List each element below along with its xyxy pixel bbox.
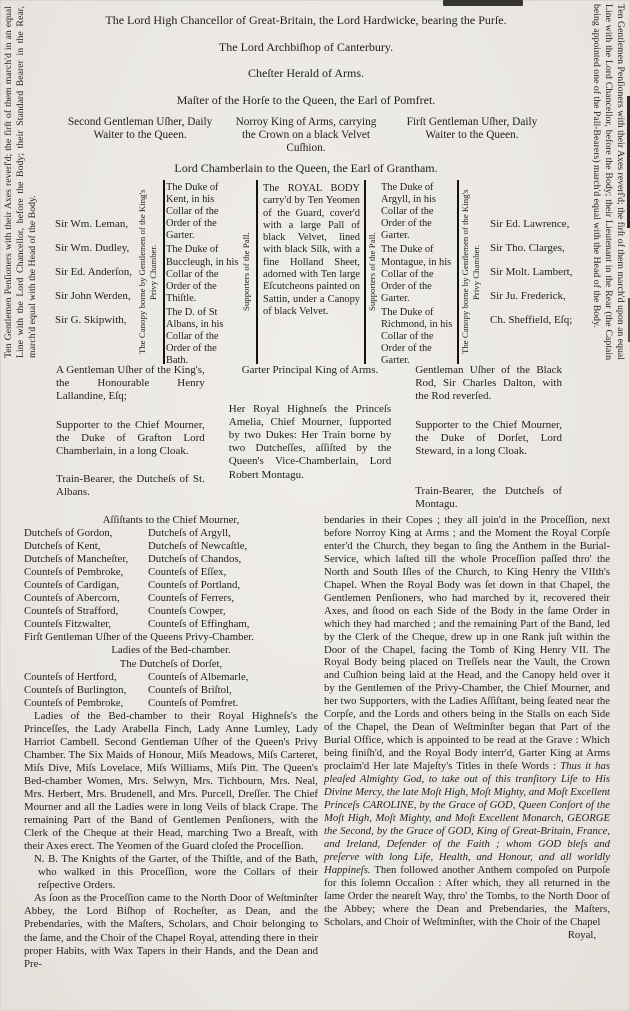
ladies-row: Counteſs of Hertford,Counteſs of Albemar… [24, 671, 318, 684]
assistant-name: Counteſs Cowper, [148, 605, 318, 618]
mourner-center-column: Garter Principal King of Arms. Her Royal… [229, 364, 391, 511]
pensioners-left-list: Sir Wm. Leman, Sir Wm. Dudley, Sir Ed. A… [55, 180, 137, 364]
lady-name: Counteſs of Burlington, [24, 684, 148, 697]
lady-name: Counteſs of Hertford, [24, 671, 148, 684]
assistant-name: Counteſs of Ferrers, [148, 592, 318, 605]
assistant-name: Counteſs of Cardigan, [24, 579, 148, 592]
assistant-name: Counteſs of Abercorn, [24, 592, 148, 605]
list-item: Sir G. Skipwith, [55, 314, 137, 326]
assistant-name: Dutcheſs of Chandos, [148, 553, 318, 566]
lady-name: Counteſs of Pomfret. [148, 697, 318, 710]
list-item: Sir Ed. Anderſon, [55, 266, 137, 278]
assistant-name: Dutcheſs of Newcaſtle, [148, 540, 318, 553]
train-bearer-montagu: Train-Bearer, the Dutcheſs of Montagu. [415, 485, 562, 511]
gentleman-usher-kings: A Gentleman Uſher of the King's, the Hon… [56, 364, 205, 403]
assistant-name: Dutcheſs of Kent, [24, 540, 148, 553]
assistant-name: Counteſs of Effingham, [148, 618, 318, 631]
body-left-column: Aſſiſtants to the Chief Mourner, Dutcheſ… [24, 514, 318, 971]
body-columns: Aſſiſtants to the Chief Mourner, Dutcheſ… [24, 514, 610, 971]
first-usher-line: Firſt Gentleman Uſher of the Queens Priv… [24, 631, 318, 644]
assistant-name: Counteſs of Strafford, [24, 605, 148, 618]
line-chester-herald: Cheſter Herald of Arms. [62, 66, 550, 80]
lady-name: Counteſs of Briſtol, [148, 684, 318, 697]
assistant-name: Counteſs of Pembroke, [24, 566, 148, 579]
assistant-name: Dutcheſs of Argyll, [148, 527, 318, 540]
proclamation-italic: Thus it has pleaſed Almighty God, to tak… [324, 760, 610, 876]
royal-catchword: Royal, [324, 929, 610, 942]
list-item: Sir Molt. Lambert, [490, 266, 580, 278]
duke-entry: The Duke of Argyll, in his Collar of the… [381, 182, 456, 242]
princess-amelia-chief-mourner: Her Royal Highneſs the Princeſs Amelia, … [229, 403, 391, 482]
ladies-paragraph: Ladies of the Bed-chamber to their Royal… [24, 710, 318, 854]
list-item: Sir John Werden, [55, 290, 137, 302]
assistants-row: Dutcheſs of Kent,Dutcheſs of Newcaſtle, [24, 540, 318, 553]
ladies-row: Counteſs of Burlington,Counteſs of Briſt… [24, 684, 318, 697]
assistants-row: Dutcheſs of Mancheſter,Dutcheſs of Chand… [24, 553, 318, 566]
norroy-king-of-arms: Norroy King of Arms, carrying the Crown … [228, 116, 384, 155]
pall-supporters-left: The Duke of Kent, in his Collar of the O… [166, 180, 241, 364]
line-lord-chancellor: The Lord High Chancellor of Great-Britai… [62, 13, 550, 27]
vertical-rule [163, 180, 165, 364]
assistants-row: Counteſs of Cardigan,Counteſs of Portlan… [24, 579, 318, 592]
duke-entry: The Duke of Kent, in his Collar of the O… [166, 182, 241, 242]
list-item: Sir Wm. Dudley, [55, 242, 137, 254]
nb-paragraph: N. B. The Knights of the Garter, of the … [26, 853, 318, 892]
supporter-grafton: Supporter to the Chief Mourner, the Duke… [56, 419, 205, 458]
assistant-name: Counteſs of Portland, [148, 579, 318, 592]
vertical-rule [256, 180, 258, 364]
chief-mourner-section: A Gentleman Uſher of the King's, the Hon… [56, 364, 562, 511]
assistant-name: Counteſs of Eſſex, [148, 566, 318, 579]
duke-entry: The Duke of Richmond, in his Collar of t… [381, 307, 456, 367]
body-right-column: bendaries in their Copes ; they all join… [324, 514, 610, 971]
duke-entry: The Duke of Montague, in his Collar of t… [381, 244, 456, 304]
narrative-part-1: bendaries in their Copes ; they all join… [324, 514, 610, 772]
newspaper-page: Ten Gentlemen Penſioners with their Axes… [0, 0, 630, 1011]
duke-entry: The Duke of Buccleugh, in his Collar of … [166, 244, 241, 304]
list-item: Sir Wm. Leman, [55, 218, 137, 230]
procession-arrival-paragraph: As ſoon as the Proceſſion came to the No… [24, 892, 318, 970]
list-item: Ch. Sheffield, Eſq; [490, 314, 580, 326]
duke-entry: The D. of St Albans, in his Collar of th… [166, 307, 241, 367]
mourner-right-column: Gentleman Uſher of the Black Rod, Sir Ch… [415, 364, 562, 511]
line-lord-chamberlain: Lord Chamberlain to the Queen, the Earl … [62, 161, 550, 175]
pensioners-right-list: Sir Ed. Lawrence, Sir Tho. Clarges, Sir … [485, 180, 580, 364]
left-margin-note: Ten Gentlemen Penſioners with their Axes… [3, 6, 53, 358]
procession-diagram: Sir Wm. Leman, Sir Wm. Dudley, Sir Ed. A… [55, 180, 557, 364]
assistants-row: Dutcheſs of Gordon,Dutcheſs of Argyll, [24, 527, 318, 540]
second-gentleman-usher: Second Gentleman Uſher, Daily Waiter to … [62, 116, 218, 155]
canopy-label-right: The Canopy borne by Gentlemen of the Kin… [460, 180, 485, 364]
ushers-row: Second Gentleman Uſher, Daily Waiter to … [62, 116, 550, 155]
assistants-title: Aſſiſtants to the Chief Mourner, [24, 514, 318, 527]
canopy-label-left: The Canopy borne by Gentlemen of the Kin… [137, 180, 162, 364]
first-gentleman-usher: Firſt Gentleman Uſher, Daily Waiter to t… [394, 116, 550, 155]
ladies-bedchamber-title: Ladies of the Bed-chamber. [24, 644, 318, 657]
train-bearer-st-albans: Train-Bearer, the Dutcheſs of St. Albans… [56, 473, 205, 499]
assistants-row: Counteſs Fitzwalter,Counteſs of Effingha… [24, 618, 318, 631]
lady-name: Counteſs of Pembroke, [24, 697, 148, 710]
line-master-of-horse: Maſter of the Horſe to the Queen, the Ea… [62, 93, 550, 107]
vertical-rule [457, 180, 459, 364]
list-item: Sir Ju. Frederick, [490, 290, 580, 302]
lady-name: Counteſs of Albemarle, [148, 671, 318, 684]
procession-header: The Lord High Chancellor of Great-Britai… [62, 8, 550, 175]
pall-label-right: Supporters of the Pall. [367, 180, 381, 364]
dutchess-dorset-line: The Dutcheſs of Dorſet, [24, 658, 318, 671]
supporter-dorset: Supporter to the Chief Mourner, the Duke… [415, 419, 562, 458]
pall-supporters-right: The Duke of Argyll, in his Collar of the… [381, 180, 456, 364]
garter-principal-king: Garter Principal King of Arms. [229, 364, 391, 377]
assistant-name: Counteſs Fitzwalter, [24, 618, 148, 631]
line-archbishop: The Lord Archbiſhop of Canterbury. [62, 40, 550, 54]
assistant-name: Dutcheſs of Mancheſter, [24, 553, 148, 566]
ladies-row: Counteſs of Pembroke,Counteſs of Pomfret… [24, 697, 318, 710]
assistant-name: Dutcheſs of Gordon, [24, 527, 148, 540]
assistants-row: Counteſs of Strafford,Counteſs Cowper, [24, 605, 318, 618]
burial-narrative: bendaries in their Copes ; they all join… [324, 514, 610, 929]
vertical-rule [364, 180, 366, 364]
assistants-row: Counteſs of Pembroke,Counteſs of Eſſex, [24, 566, 318, 579]
list-item: Sir Tho. Clarges, [490, 242, 580, 254]
scan-smudge [443, 0, 523, 6]
royal-body-text: The ROYAL BODY carry'd by Ten Yeomen of … [259, 180, 363, 364]
list-item: Sir Ed. Lawrence, [490, 218, 580, 230]
mourner-left-column: A Gentleman Uſher of the King's, the Hon… [56, 364, 205, 511]
pall-label-left: Supporters of the Pall. [241, 180, 255, 364]
assistants-row: Counteſs of Abercorn,Counteſs of Ferrers… [24, 592, 318, 605]
gentleman-usher-black-rod: Gentleman Uſher of the Black Rod, Sir Ch… [415, 364, 562, 403]
